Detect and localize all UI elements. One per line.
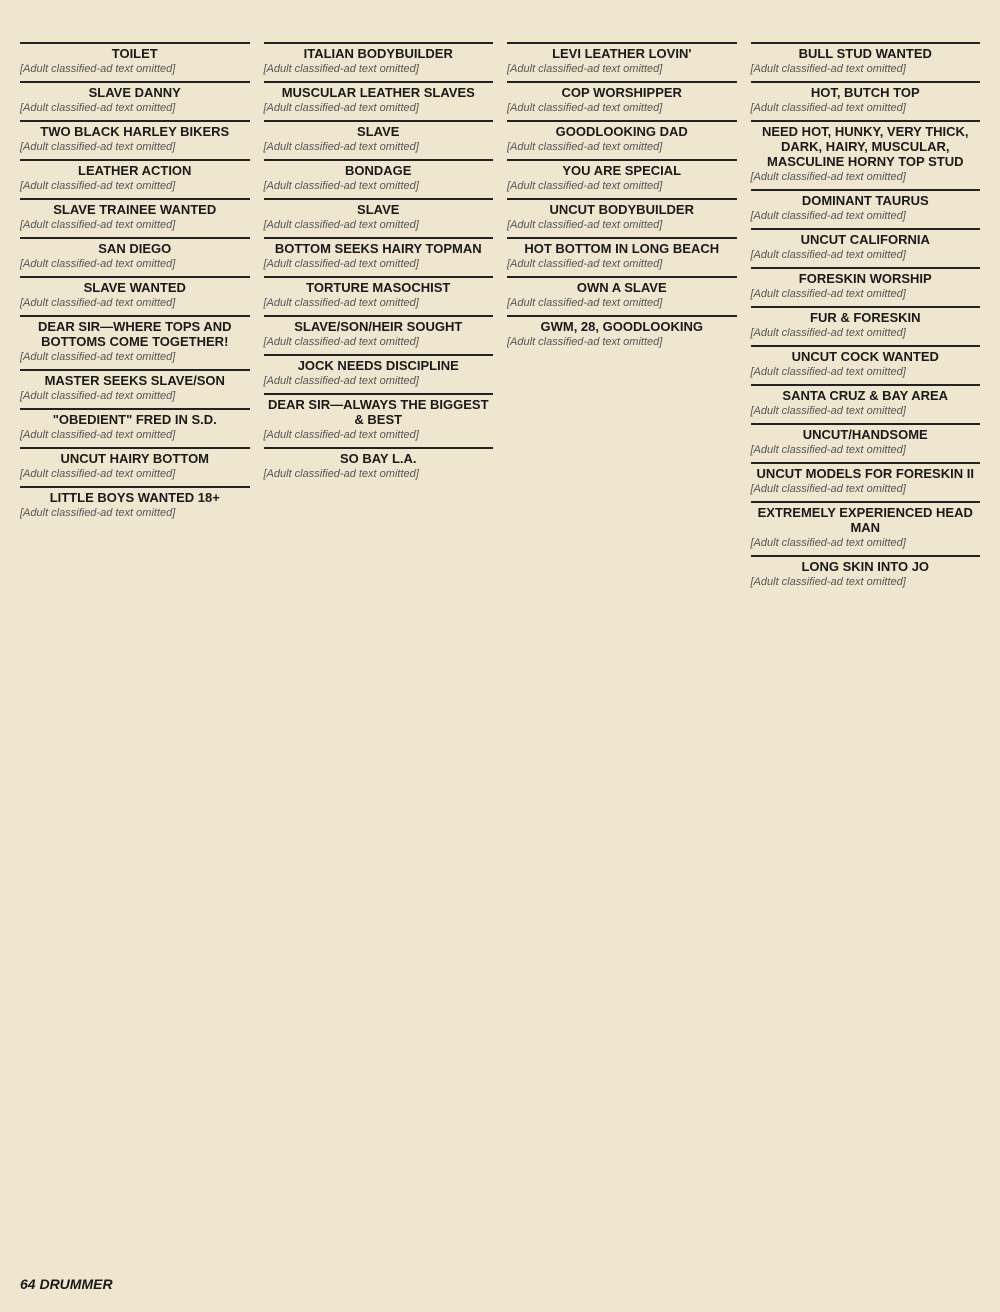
ad-body: [Adult classified-ad text omitted] (751, 210, 981, 222)
page-footer: 64 DRUMMER (20, 1276, 113, 1292)
ad-body: [Adult classified-ad text omitted] (20, 219, 250, 231)
classified-ad: TWO BLACK HARLEY BIKERS[Adult classified… (20, 120, 250, 153)
ad-heading: MUSCULAR LEATHER SLAVES (264, 81, 494, 100)
ad-body: [Adult classified-ad text omitted] (751, 249, 981, 261)
classified-ad: FORESKIN WORSHIP[Adult classified-ad tex… (751, 267, 981, 300)
classified-ad: SLAVE[Adult classified-ad text omitted] (264, 198, 494, 231)
classified-ad: GOODLOOKING DAD[Adult classified-ad text… (507, 120, 737, 153)
ad-body: [Adult classified-ad text omitted] (20, 180, 250, 192)
ad-heading: YOU ARE SPECIAL (507, 159, 737, 178)
classified-ad: TOILET[Adult classified-ad text omitted] (20, 42, 250, 75)
classified-ad: DEAR SIR—WHERE TOPS AND BOTTOMS COME TOG… (20, 315, 250, 363)
ad-heading: TOILET (20, 42, 250, 61)
ad-body: [Adult classified-ad text omitted] (507, 297, 737, 309)
ad-heading: GWM, 28, GOODLOOKING (507, 315, 737, 334)
ad-body: [Adult classified-ad text omitted] (20, 351, 250, 363)
classified-ad: TORTURE MASOCHIST[Adult classified-ad te… (264, 276, 494, 309)
ad-body: [Adult classified-ad text omitted] (751, 102, 981, 114)
ad-heading: SLAVE/SON/HEIR SOUGHT (264, 315, 494, 334)
ad-heading: SLAVE TRAINEE WANTED (20, 198, 250, 217)
ad-body: [Adult classified-ad text omitted] (751, 288, 981, 300)
classified-ad: FUR & FORESKIN[Adult classified-ad text … (751, 306, 981, 339)
classified-ad: EXTREMELY EXPERIENCED HEAD MAN[Adult cla… (751, 501, 981, 549)
ad-heading: BOTTOM SEEKS HAIRY TOPMAN (264, 237, 494, 256)
classified-ad: MUSCULAR LEATHER SLAVES[Adult classified… (264, 81, 494, 114)
ad-heading: LITTLE BOYS WANTED 18+ (20, 486, 250, 505)
classified-ad: "OBEDIENT" FRED IN S.D.[Adult classified… (20, 408, 250, 441)
classified-ad: DOMINANT TAURUS[Adult classified-ad text… (751, 189, 981, 222)
classified-ad: MASTER SEEKS SLAVE/SON[Adult classified-… (20, 369, 250, 402)
ad-body: [Adult classified-ad text omitted] (264, 336, 494, 348)
ad-body: [Adult classified-ad text omitted] (507, 336, 737, 348)
ad-body: [Adult classified-ad text omitted] (507, 63, 737, 75)
classified-ad: SLAVE[Adult classified-ad text omitted] (264, 120, 494, 153)
classified-ad: SAN DIEGO[Adult classified-ad text omitt… (20, 237, 250, 270)
column: ITALIAN BODYBUILDER[Adult classified-ad … (264, 36, 494, 588)
ad-body: [Adult classified-ad text omitted] (751, 327, 981, 339)
ad-heading: FORESKIN WORSHIP (751, 267, 981, 286)
ad-body: [Adult classified-ad text omitted] (751, 63, 981, 75)
column: TOILET[Adult classified-ad text omitted]… (20, 36, 250, 588)
ad-body: [Adult classified-ad text omitted] (264, 63, 494, 75)
ad-body: [Adult classified-ad text omitted] (264, 258, 494, 270)
ad-body: [Adult classified-ad text omitted] (264, 102, 494, 114)
ad-heading: EXTREMELY EXPERIENCED HEAD MAN (751, 501, 981, 535)
ad-heading: OWN A SLAVE (507, 276, 737, 295)
ad-body: [Adult classified-ad text omitted] (751, 483, 981, 495)
ad-heading: SLAVE (264, 198, 494, 217)
ad-body: [Adult classified-ad text omitted] (507, 258, 737, 270)
classified-ad: UNCUT MODELS FOR FORESKIN II[Adult class… (751, 462, 981, 495)
ad-heading: SANTA CRUZ & BAY AREA (751, 384, 981, 403)
ad-body: [Adult classified-ad text omitted] (264, 297, 494, 309)
classified-ad: OWN A SLAVE[Adult classified-ad text omi… (507, 276, 737, 309)
classified-ad: LEATHER ACTION[Adult classified-ad text … (20, 159, 250, 192)
ad-heading: UNCUT CALIFORNIA (751, 228, 981, 247)
ad-columns: TOILET[Adult classified-ad text omitted]… (20, 36, 980, 588)
ad-body: [Adult classified-ad text omitted] (20, 102, 250, 114)
classified-ad: SLAVE/SON/HEIR SOUGHT[Adult classified-a… (264, 315, 494, 348)
ad-body: [Adult classified-ad text omitted] (20, 507, 250, 519)
magazine-page: TOILET[Adult classified-ad text omitted]… (0, 0, 1000, 1312)
classified-ad: COP WORSHIPPER[Adult classified-ad text … (507, 81, 737, 114)
ad-heading: COP WORSHIPPER (507, 81, 737, 100)
classified-ad: LITTLE BOYS WANTED 18+[Adult classified-… (20, 486, 250, 519)
classified-ad: GWM, 28, GOODLOOKING[Adult classified-ad… (507, 315, 737, 348)
classified-ad: HOT, BUTCH TOP[Adult classified-ad text … (751, 81, 981, 114)
ad-heading: BONDAGE (264, 159, 494, 178)
ad-body: [Adult classified-ad text omitted] (20, 258, 250, 270)
classified-ad: SO BAY L.A.[Adult classified-ad text omi… (264, 447, 494, 480)
ad-body: [Adult classified-ad text omitted] (20, 297, 250, 309)
ad-heading: TWO BLACK HARLEY BIKERS (20, 120, 250, 139)
ad-heading: BULL STUD WANTED (751, 42, 981, 61)
ad-heading: LEVI LEATHER LOVIN' (507, 42, 737, 61)
ad-heading: LONG SKIN INTO JO (751, 555, 981, 574)
ad-heading: "OBEDIENT" FRED IN S.D. (20, 408, 250, 427)
ad-heading: SLAVE DANNY (20, 81, 250, 100)
ad-body: [Adult classified-ad text omitted] (507, 219, 737, 231)
classified-ad: SLAVE DANNY[Adult classified-ad text omi… (20, 81, 250, 114)
classified-ad: SANTA CRUZ & BAY AREA[Adult classified-a… (751, 384, 981, 417)
ad-body: [Adult classified-ad text omitted] (20, 63, 250, 75)
ad-body: [Adult classified-ad text omitted] (751, 405, 981, 417)
classified-ad: ITALIAN BODYBUILDER[Adult classified-ad … (264, 42, 494, 75)
ad-body: [Adult classified-ad text omitted] (751, 366, 981, 378)
classified-ad: SLAVE TRAINEE WANTED[Adult classified-ad… (20, 198, 250, 231)
ad-heading: SLAVE WANTED (20, 276, 250, 295)
ad-heading: NEED HOT, HUNKY, VERY THICK, DARK, HAIRY… (751, 120, 981, 169)
ad-body: [Adult classified-ad text omitted] (20, 141, 250, 153)
ad-body: [Adult classified-ad text omitted] (20, 390, 250, 402)
ad-heading: TORTURE MASOCHIST (264, 276, 494, 295)
ad-body: [Adult classified-ad text omitted] (751, 576, 981, 588)
ad-body: [Adult classified-ad text omitted] (751, 444, 981, 456)
ad-body: [Adult classified-ad text omitted] (751, 537, 981, 549)
ad-body: [Adult classified-ad text omitted] (264, 141, 494, 153)
classified-ad: NEED HOT, HUNKY, VERY THICK, DARK, HAIRY… (751, 120, 981, 183)
column: BULL STUD WANTED[Adult classified-ad tex… (751, 36, 981, 588)
ad-heading: HOT, BUTCH TOP (751, 81, 981, 100)
ad-body: [Adult classified-ad text omitted] (264, 375, 494, 387)
ad-heading: HOT BOTTOM IN LONG BEACH (507, 237, 737, 256)
classified-ad: LEVI LEATHER LOVIN'[Adult classified-ad … (507, 42, 737, 75)
ad-body: [Adult classified-ad text omitted] (20, 468, 250, 480)
classified-ad: BONDAGE[Adult classified-ad text omitted… (264, 159, 494, 192)
ad-heading: JOCK NEEDS DISCIPLINE (264, 354, 494, 373)
classified-ad: UNCUT HAIRY BOTTOM[Adult classified-ad t… (20, 447, 250, 480)
ad-heading: DEAR SIR—WHERE TOPS AND BOTTOMS COME TOG… (20, 315, 250, 349)
ad-body: [Adult classified-ad text omitted] (264, 429, 494, 441)
ad-heading: SAN DIEGO (20, 237, 250, 256)
ad-body: [Adult classified-ad text omitted] (751, 171, 981, 183)
classified-ad: UNCUT COCK WANTED[Adult classified-ad te… (751, 345, 981, 378)
classified-ad: DEAR SIR—ALWAYS THE BIGGEST & BEST[Adult… (264, 393, 494, 441)
ad-heading: UNCUT HAIRY BOTTOM (20, 447, 250, 466)
ad-heading: FUR & FORESKIN (751, 306, 981, 325)
ad-heading: UNCUT COCK WANTED (751, 345, 981, 364)
ad-body: [Adult classified-ad text omitted] (507, 180, 737, 192)
ad-heading: MASTER SEEKS SLAVE/SON (20, 369, 250, 388)
ad-heading: ITALIAN BODYBUILDER (264, 42, 494, 61)
column: LEVI LEATHER LOVIN'[Adult classified-ad … (507, 36, 737, 588)
ad-body: [Adult classified-ad text omitted] (264, 219, 494, 231)
classified-ad: LONG SKIN INTO JO[Adult classified-ad te… (751, 555, 981, 588)
ad-heading: UNCUT BODYBUILDER (507, 198, 737, 217)
ad-body: [Adult classified-ad text omitted] (507, 102, 737, 114)
classified-ad: YOU ARE SPECIAL[Adult classified-ad text… (507, 159, 737, 192)
ad-heading: DOMINANT TAURUS (751, 189, 981, 208)
classified-ad: HOT BOTTOM IN LONG BEACH[Adult classifie… (507, 237, 737, 270)
ad-body: [Adult classified-ad text omitted] (20, 429, 250, 441)
classified-ad: BULL STUD WANTED[Adult classified-ad tex… (751, 42, 981, 75)
classified-ad: SLAVE WANTED[Adult classified-ad text om… (20, 276, 250, 309)
ad-body: [Adult classified-ad text omitted] (264, 180, 494, 192)
ad-heading: GOODLOOKING DAD (507, 120, 737, 139)
ad-heading: SLAVE (264, 120, 494, 139)
classified-ad: UNCUT/HANDSOME[Adult classified-ad text … (751, 423, 981, 456)
ad-heading: UNCUT MODELS FOR FORESKIN II (751, 462, 981, 481)
classified-ad: UNCUT BODYBUILDER[Adult classified-ad te… (507, 198, 737, 231)
classified-ad: JOCK NEEDS DISCIPLINE[Adult classified-a… (264, 354, 494, 387)
ad-heading: DEAR SIR—ALWAYS THE BIGGEST & BEST (264, 393, 494, 427)
ad-body: [Adult classified-ad text omitted] (507, 141, 737, 153)
ad-heading: LEATHER ACTION (20, 159, 250, 178)
ad-body: [Adult classified-ad text omitted] (264, 468, 494, 480)
ad-heading: SO BAY L.A. (264, 447, 494, 466)
classified-ad: BOTTOM SEEKS HAIRY TOPMAN[Adult classifi… (264, 237, 494, 270)
classified-ad: UNCUT CALIFORNIA[Adult classified-ad tex… (751, 228, 981, 261)
ad-heading: UNCUT/HANDSOME (751, 423, 981, 442)
